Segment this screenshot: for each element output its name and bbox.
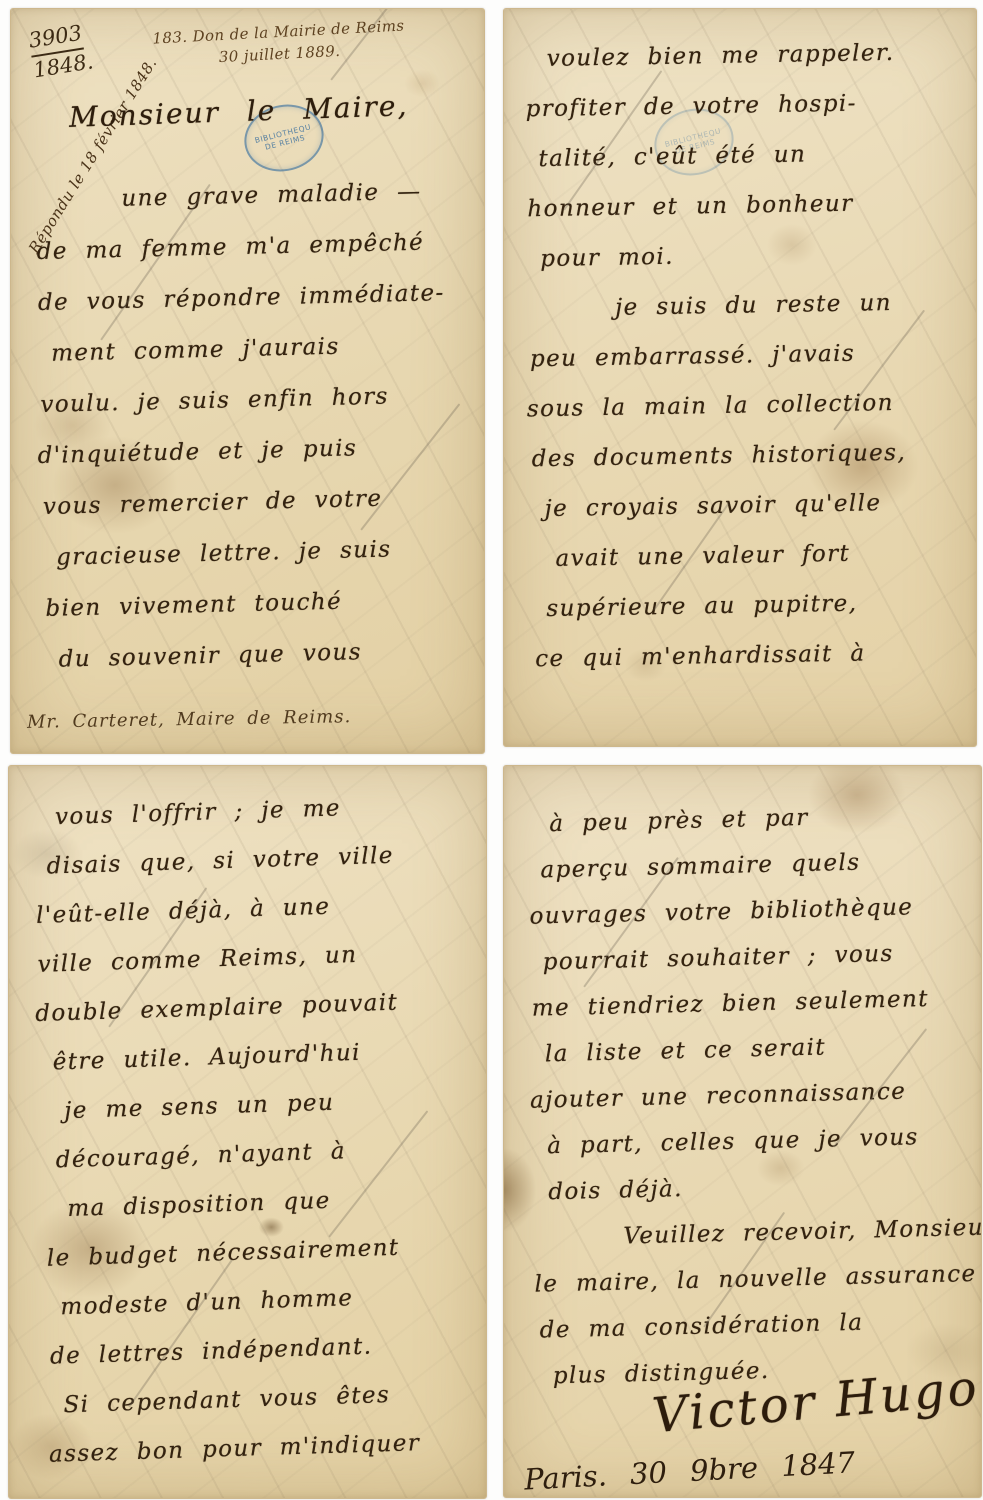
handwritten-line: de vous répondre immédiate- xyxy=(37,268,445,329)
archival-number: 3903 1848. xyxy=(27,19,95,85)
page-1-text: une grave maladie — de ma femme m'a empê… xyxy=(35,166,454,686)
letter-page-2: BIBLIOTHEQU DE REIMS voulez bien me rapp… xyxy=(503,8,977,747)
donation-note: 183. Don de la Mairie de Reims 30 juille… xyxy=(138,14,420,73)
handwritten-line: ce qui m'enhardissait à xyxy=(535,628,910,685)
handwritten-line: talité, c'eût été un xyxy=(538,128,901,184)
handwritten-line: une grave maladie — xyxy=(121,166,443,225)
handwritten-line: avait une valeur fort xyxy=(555,528,908,584)
letter-scan: 3903 1848. Répondu le 18 février 1848. 1… xyxy=(0,0,983,1500)
page-3-text: vous l'offrir ; je me disais que, si vot… xyxy=(32,782,421,1479)
letter-page-4: à peu près et par aperçu sommaire quels … xyxy=(503,765,982,1498)
handwritten-line: voulez bien me rappeler. xyxy=(546,28,899,84)
handwritten-line: pour moi. xyxy=(540,228,903,284)
letter-page-1: 3903 1848. Répondu le 18 février 1848. 1… xyxy=(10,8,485,754)
page-2-text: voulez bien me rappeler. profiter de vot… xyxy=(524,28,910,684)
page-4-text: à peu près et par aperçu sommaire quels … xyxy=(527,790,982,1399)
handwritten-line: sous la main la collection xyxy=(526,378,905,435)
handwritten-line: honneur et un bonheur xyxy=(527,178,902,235)
handwritten-line: voulu. je suis enfin hors xyxy=(40,370,448,431)
handwritten-line: supérieure au pupitre, xyxy=(546,578,909,634)
handwritten-line: profiter de votre hospi- xyxy=(525,78,900,135)
letter-page-3: vous l'offrir ; je me disais que, si vot… xyxy=(8,765,487,1499)
dateline: Paris. 30 9bre 1847 xyxy=(523,1445,855,1496)
handwritten-line: des documents historiques, xyxy=(531,428,906,485)
handwritten-line: assez bon pour m'indiquer xyxy=(48,1419,421,1480)
handwritten-line: du souvenir que vous xyxy=(58,625,454,686)
handwritten-line: je suis du reste un xyxy=(615,278,904,333)
addressee-note: Mr. Carteret, Maire de Reims. xyxy=(27,706,352,733)
handwritten-line: peu embarrassé. j'avais xyxy=(530,328,905,385)
